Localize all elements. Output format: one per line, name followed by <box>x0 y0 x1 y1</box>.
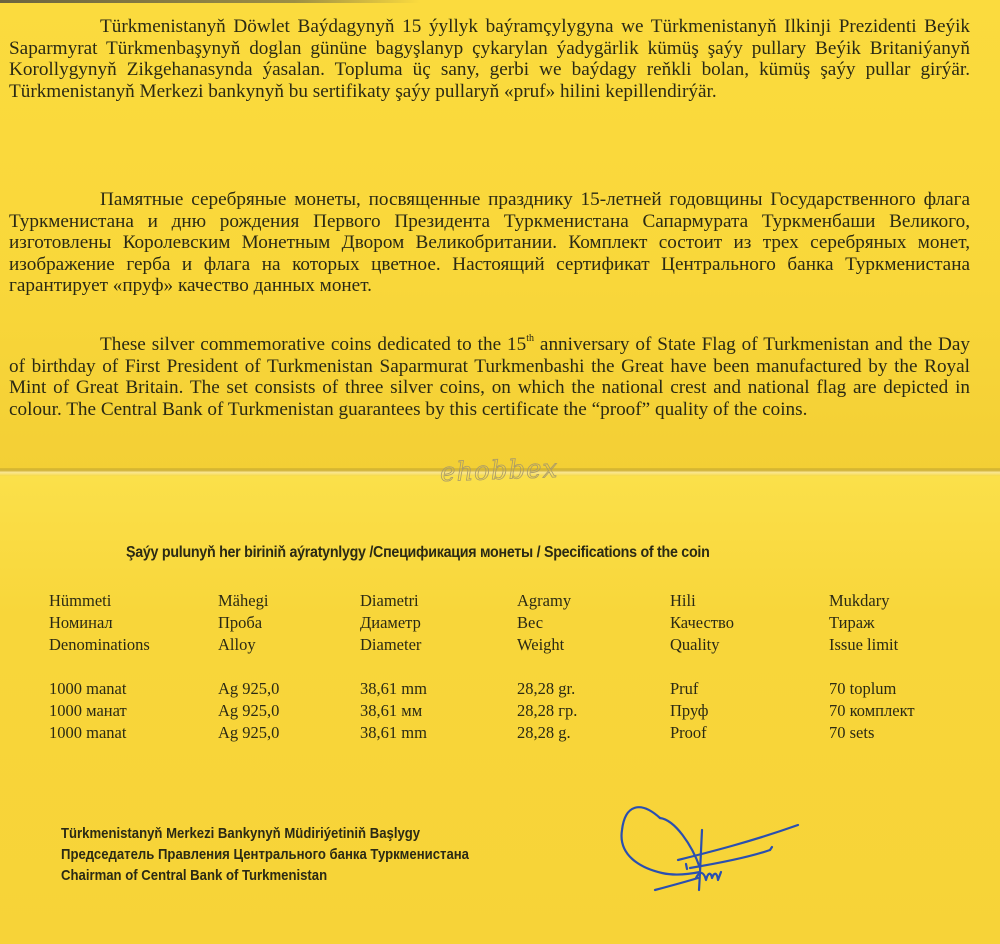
spec-header: Тираж <box>829 612 915 634</box>
spec-value: 70 sets <box>829 722 915 744</box>
spec-value: Ag 925,0 <box>218 700 279 722</box>
ordinal-superscript: th <box>526 333 534 344</box>
spec-value: 1000 манат <box>49 700 150 722</box>
spec-header: Hili <box>670 590 734 612</box>
handwritten-signature <box>600 790 800 900</box>
spec-value: 1000 manat <box>49 722 150 744</box>
spec-column: AgramyВесWeight28,28 gr.28,28 гр.28,28 g… <box>517 590 577 744</box>
spec-value: 28,28 гр. <box>517 700 577 722</box>
spec-column: MukdaryТиражIssue limit70 toplum70 компл… <box>829 590 915 744</box>
watermark: ehobbex <box>440 454 559 488</box>
scan-edge-shadow <box>0 0 420 3</box>
spec-value: 38,61 мм <box>360 700 427 722</box>
spec-header: Denominations <box>49 634 150 656</box>
spec-column: HümmetiНоминалDenominations1000 manat100… <box>49 590 150 744</box>
paragraph-russian: Памятные серебряные монеты, посвященные … <box>9 189 970 297</box>
spec-value: Pruf <box>670 678 734 700</box>
specifications-title: Şaýy pulunyň her biriniň aýratynlygy /Сп… <box>126 544 710 562</box>
spec-header: Вес <box>517 612 577 634</box>
spec-header: Issue limit <box>829 634 915 656</box>
spec-column: HiliКачествоQualityPrufПруфProof <box>670 590 734 744</box>
spec-header: Diametri <box>360 590 427 612</box>
spec-spacer <box>517 656 577 678</box>
spec-header: Номинал <box>49 612 150 634</box>
spec-header: Mähegi <box>218 590 279 612</box>
spec-value: 28,28 gr. <box>517 678 577 700</box>
spec-spacer <box>49 656 150 678</box>
spec-value: Ag 925,0 <box>218 722 279 744</box>
spec-header: Диаметр <box>360 612 427 634</box>
spec-value: 28,28 g. <box>517 722 577 744</box>
paragraph-turkmen: Türkmenistanyň Döwlet Baýdagynyň 15 ýyll… <box>9 16 970 102</box>
paragraph-english: These silver commemorative coins dedicat… <box>9 334 970 420</box>
paragraph-russian-text: Памятные серебряные монеты, посвященные … <box>9 189 970 296</box>
signatory-title-russian: Председатель Правления Центрального банк… <box>61 845 469 866</box>
spec-column: MähegiПробаAlloyAg 925,0Ag 925,0Ag 925,0 <box>218 590 279 744</box>
spec-header: Weight <box>517 634 577 656</box>
spec-header: Mukdary <box>829 590 915 612</box>
paragraph-english-text-1: These silver commemorative coins dedicat… <box>100 334 526 355</box>
spec-value: 38,61 mm <box>360 678 427 700</box>
spec-spacer <box>360 656 427 678</box>
spec-column: DiametriДиаметрDiameter38,61 mm38,61 мм3… <box>360 590 427 744</box>
spec-header: Качество <box>670 612 734 634</box>
spec-value: 70 комплект <box>829 700 915 722</box>
signatory-title-turkmen: Türkmenistanyň Merkezi Bankynyň Müdiriýe… <box>61 824 469 845</box>
spec-header: Hümmeti <box>49 590 150 612</box>
spec-header: Проба <box>218 612 279 634</box>
spec-header: Diameter <box>360 634 427 656</box>
spec-header: Quality <box>670 634 734 656</box>
signatory-title-english: Chairman of Central Bank of Turkmenistan <box>61 866 469 887</box>
spec-value: 38,61 mm <box>360 722 427 744</box>
spec-spacer <box>829 656 915 678</box>
spec-header: Agramy <box>517 590 577 612</box>
spec-header: Alloy <box>218 634 279 656</box>
spec-value: Ag 925,0 <box>218 678 279 700</box>
spec-value: 1000 manat <box>49 678 150 700</box>
spec-value: 70 toplum <box>829 678 915 700</box>
signatory-block: Türkmenistanyň Merkezi Bankynyň Müdiriýe… <box>61 824 469 887</box>
spec-spacer <box>218 656 279 678</box>
spec-value: Proof <box>670 722 734 744</box>
spec-spacer <box>670 656 734 678</box>
paragraph-turkmen-text: Türkmenistanyň Döwlet Baýdagynyň 15 ýyll… <box>9 16 970 102</box>
spec-value: Пруф <box>670 700 734 722</box>
